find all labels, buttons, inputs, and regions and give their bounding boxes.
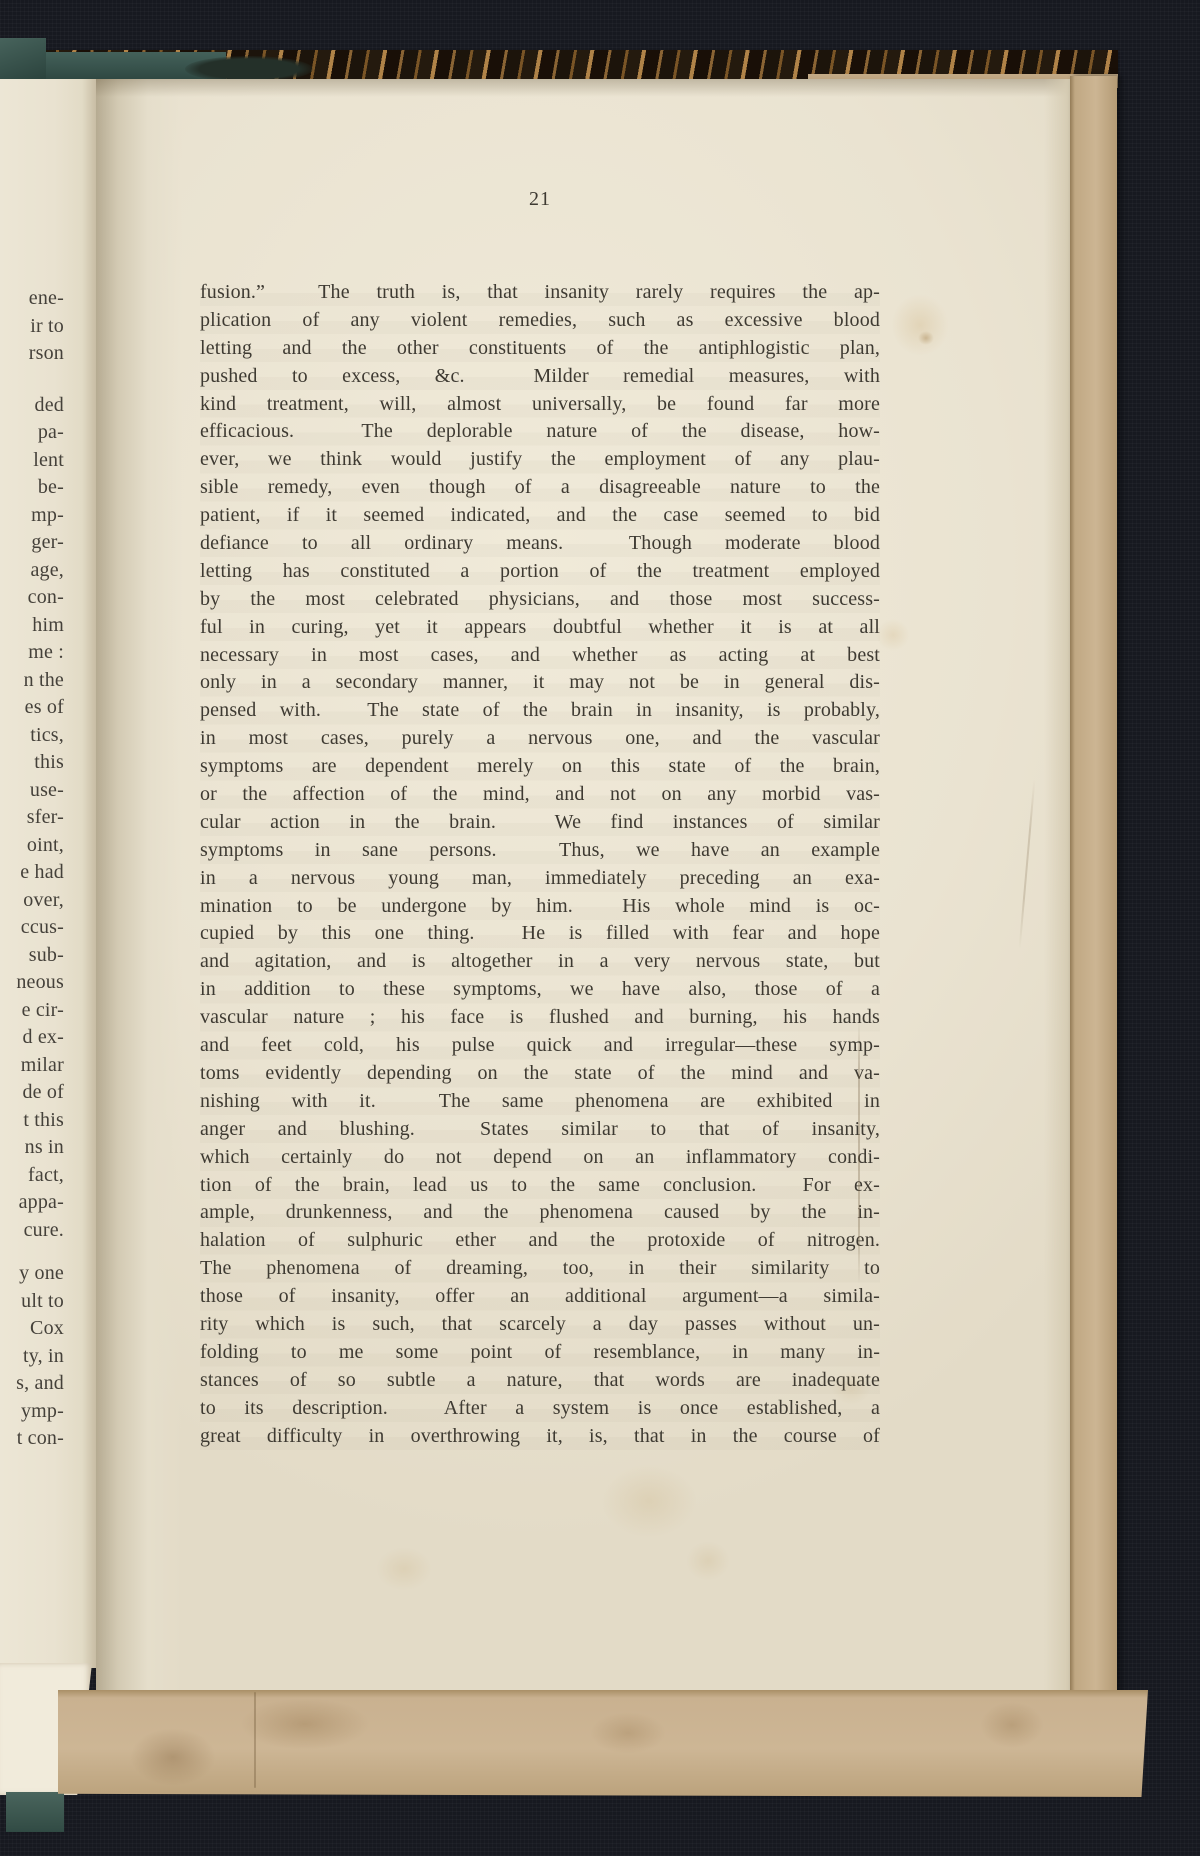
facing-page-text-line: ir to (0, 313, 64, 341)
body-text-line: defiance to all ordinary means. Though m… (200, 530, 880, 558)
facing-page-text-line: be- (0, 474, 64, 502)
edge-stain (980, 1702, 1044, 1748)
body-text-line: toms evidently depending on the state of… (200, 1060, 880, 1088)
facing-page-text-line: ult to (0, 1288, 64, 1316)
body-text-line: letting has constituted a portion of the… (200, 558, 880, 586)
edge-crease (254, 1692, 256, 1788)
foxing-stain (876, 619, 910, 651)
body-text-line: The phenomena of dreaming, too, in their… (200, 1255, 880, 1283)
facing-page-text-line: lent (0, 447, 64, 475)
body-text-line: rity which is such, that scarcely a day … (200, 1311, 880, 1339)
edge-stain (590, 1712, 666, 1754)
facing-page-text-line: e cir- (0, 997, 64, 1025)
facing-page-text-line: ded (0, 392, 64, 420)
foxing-stain (686, 1541, 730, 1581)
facing-page-text-line: appa- (0, 1189, 64, 1217)
body-text-line: by the most celebrated physicians, and t… (200, 586, 880, 614)
body-text-line: nishing with it. The same phenomena are … (200, 1088, 880, 1116)
facing-page-text-line: this (0, 749, 64, 777)
facing-page-text-line: oint, (0, 832, 64, 860)
facing-page-text-line: rson (0, 340, 64, 368)
foxing-stain (891, 294, 949, 356)
body-text-line: cupied by this one thing. He is filled w… (200, 920, 880, 948)
body-text-line: tion of the brain, lead us to the same c… (200, 1172, 880, 1200)
facing-page-text-line: y one (0, 1260, 64, 1288)
facing-page-text-line: pa- (0, 419, 64, 447)
body-text-line: ample, drunkenness, and the phenomena ca… (200, 1199, 880, 1227)
body-text-line: letting and the other constituents of th… (200, 335, 880, 363)
body-text-line: to its description. After a system is on… (200, 1395, 880, 1423)
facing-page-text-line: use- (0, 777, 64, 805)
body-text-line: pushed to excess, &c. Milder remedial me… (200, 363, 880, 391)
edge-stain (130, 1728, 216, 1786)
facing-page-text-line: mp- (0, 502, 64, 530)
facing-page-text-line: es of (0, 694, 64, 722)
facing-page-text-line: Cox (0, 1315, 64, 1343)
body-text-line: symptoms in sane persons. Thus, we have … (200, 837, 880, 865)
facing-page-text-line: con- (0, 584, 64, 612)
body-text-line: anger and blushing. States similar to th… (200, 1116, 880, 1144)
facing-page-text-line: fact, (0, 1162, 64, 1190)
body-text-line: symptoms are dependent merely on this st… (200, 753, 880, 781)
body-text-line: ful in curing, yet it appears doubtful w… (200, 614, 880, 642)
page-crease (858, 1019, 860, 1284)
foxing-stain (601, 1464, 697, 1538)
facing-page-text-line: t con- (0, 1425, 64, 1453)
foxing-stain (831, 1371, 871, 1405)
facing-page-text-line: cure. (0, 1217, 64, 1245)
facing-page-text-line: milar (0, 1052, 64, 1080)
body-text-line: in most cases, purely a nervous one, and… (200, 725, 880, 753)
book-page: 21 fusion.” The truth is, that insanity … (96, 79, 1070, 1690)
facing-page-text-line: me : (0, 639, 64, 667)
body-text-line: or the affection of the mind, and not on… (200, 781, 880, 809)
body-text-line: those of insanity, offer an additional a… (200, 1283, 880, 1311)
foxing-stain (918, 331, 934, 345)
facing-page-text-line: age, (0, 557, 64, 585)
body-text-line: vascular nature ; his face is flushed an… (200, 1004, 880, 1032)
facing-page-edge: ene-ir torsondedpa-lentbe-mp-ger-age,con… (0, 79, 96, 1668)
book-photo-scene: ene-ir torsondedpa-lentbe-mp-ger-age,con… (0, 0, 1200, 1856)
body-text-line: efficacious. The deplorable nature of th… (200, 418, 880, 446)
page-top-shadow (96, 79, 1070, 97)
facing-page-text-line: d ex- (0, 1024, 64, 1052)
body-text-line: kind treatment, will, almost universally… (200, 391, 880, 419)
facing-page-text-line: ene- (0, 285, 64, 313)
facing-page-text-line: neous (0, 969, 64, 997)
facing-page-text-line: him (0, 612, 64, 640)
body-text-line: only in a secondary manner, it may not b… (200, 669, 880, 697)
cloth-cover-corner-top-left (0, 38, 46, 79)
facing-page-text-line: sfer- (0, 804, 64, 832)
body-text-line: in a nervous young man, immediately prec… (200, 865, 880, 893)
facing-page-text-line: s, and (0, 1370, 64, 1398)
cloth-cover-corner-bottom-left (6, 1792, 64, 1832)
edge-stain (240, 1698, 370, 1750)
body-text-line: mination to be undergone by him. His who… (200, 893, 880, 921)
facing-page-text-line: ccus- (0, 914, 64, 942)
facing-page-text-line: n the (0, 667, 64, 695)
body-text-line: folding to me some point of resemblance,… (200, 1339, 880, 1367)
body-text-line: plication of any violent remedies, such … (200, 307, 880, 335)
facing-page-text-line: ymp- (0, 1398, 64, 1426)
body-text-line: which certainly do not depend on an infl… (200, 1144, 880, 1172)
body-text-line: great difficulty in overthrowing it, is,… (200, 1423, 880, 1451)
page-right-shadow (1044, 79, 1070, 1690)
facing-page-text-line: ger- (0, 529, 64, 557)
page-body-text: fusion.” The truth is, that insanity rar… (200, 279, 880, 1450)
body-text-line: and agitation, and is altogether in a ve… (200, 948, 880, 976)
facing-page-text-line: ty, in (0, 1343, 64, 1371)
body-text-line: necessary in most cases, and whether as … (200, 642, 880, 670)
gutter-shadow (96, 79, 182, 1690)
body-text-line: stances of so subtle a nature, that word… (200, 1367, 880, 1395)
body-text-line: in addition to these symptoms, we have a… (200, 976, 880, 1004)
facing-page-text-line: de of (0, 1079, 64, 1107)
facing-page-text-line: e had (0, 859, 64, 887)
body-text-line: ever, we think would justify the employm… (200, 446, 880, 474)
body-text-line: cular action in the brain. We find insta… (200, 809, 880, 837)
foxing-stain (376, 1547, 432, 1591)
body-text-line: fusion.” The truth is, that insanity rar… (200, 279, 880, 307)
page-crease (1019, 779, 1036, 949)
fore-edge-page-stack-right (1070, 76, 1117, 1696)
facing-page-text-line: sub- (0, 942, 64, 970)
body-text-line: and feet cold, his pulse quick and irreg… (200, 1032, 880, 1060)
facing-page-text-line: t this (0, 1107, 64, 1135)
body-text-line: halation of sulphuric ether and the prot… (200, 1227, 880, 1255)
facing-page-text-line: ns in (0, 1134, 64, 1162)
facing-page-text-line: tics, (0, 722, 64, 750)
body-text-line: pensed with. The state of the brain in i… (200, 697, 880, 725)
body-text-line: sible remedy, even though of a disagreea… (200, 474, 880, 502)
facing-page-text-column: ene-ir torsondedpa-lentbe-mp-ger-age,con… (0, 285, 64, 1453)
facing-page-text-line: over, (0, 887, 64, 915)
body-text-line: patient, if it seemed indicated, and the… (200, 502, 880, 530)
page-number: 21 (200, 188, 880, 211)
